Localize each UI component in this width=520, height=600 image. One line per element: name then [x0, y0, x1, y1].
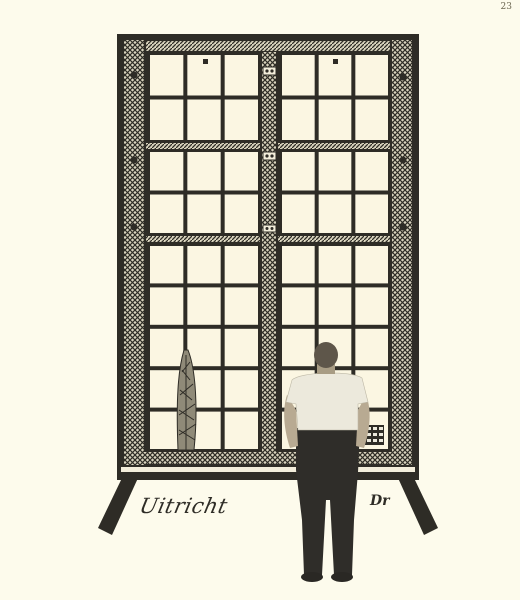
window-pane: [225, 370, 258, 407]
window-pane: [282, 195, 315, 234]
window-pane: [225, 329, 258, 366]
window-pane: [150, 152, 183, 191]
window-pane: [225, 246, 258, 283]
window-pane: [225, 55, 258, 96]
window-pane: [225, 412, 258, 449]
window-pane: [355, 329, 388, 366]
window-pane: [282, 287, 315, 324]
window-pane: [187, 329, 220, 366]
window-pane: [355, 195, 388, 234]
window-pane: [282, 246, 315, 283]
window-pane: [319, 100, 352, 141]
window-pane: [282, 329, 315, 366]
window-pane: [150, 100, 183, 141]
artist-signature: Dr: [370, 493, 390, 509]
window-pane: [355, 100, 388, 141]
window-pane: [355, 287, 388, 324]
window-pane: [150, 329, 183, 366]
window-pane: [225, 195, 258, 234]
man-figure: [284, 342, 369, 582]
window-pane: [150, 55, 183, 96]
window-pane: [319, 195, 352, 234]
window-pane: [150, 195, 183, 234]
caption-text: Uitricht: [137, 494, 229, 518]
window-pane: [150, 246, 183, 283]
window-pane: [319, 287, 352, 324]
window-pane: [225, 100, 258, 141]
window-pane: [319, 152, 352, 191]
window-pane: [187, 195, 220, 234]
window-pane: [282, 152, 315, 191]
window-pane: [187, 152, 220, 191]
window-pane: [187, 100, 220, 141]
window-pane: [282, 55, 315, 96]
window-pane: [282, 100, 315, 141]
window-pane: [355, 55, 388, 96]
window-pane: [319, 246, 352, 283]
window-pane: [225, 287, 258, 324]
window-pane: [355, 152, 388, 191]
window-pane: [150, 287, 183, 324]
window-pane: [225, 152, 258, 191]
window-pane: [187, 287, 220, 324]
window-pane: [355, 246, 388, 283]
window-pane: [187, 246, 220, 283]
window-illustration: [0, 0, 520, 600]
